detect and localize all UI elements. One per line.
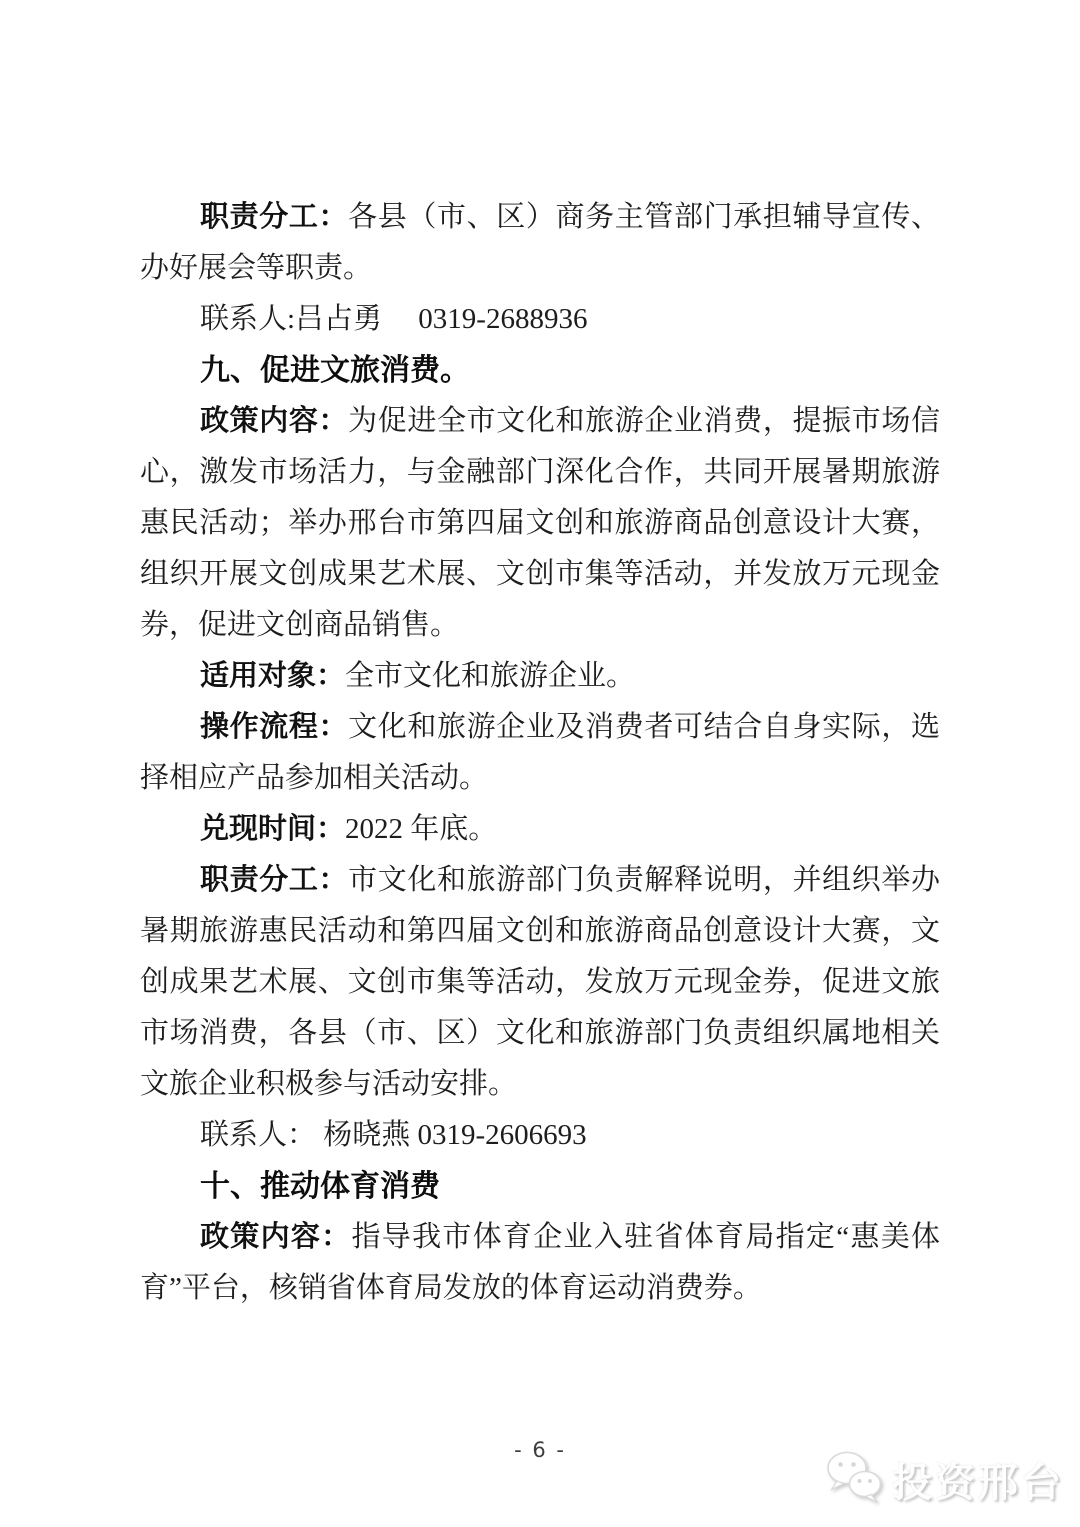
paragraph-applicable-target: 适用对象：全市文化和旅游企业。 bbox=[140, 651, 940, 702]
paragraph-label: 政策内容： bbox=[200, 405, 348, 437]
paragraph-duty-division-culture-tourism: 职责分工：市文化和旅游部门负责解释说明，并组织举办暑期旅游惠民活动和第四届文创和… bbox=[140, 855, 940, 1110]
paragraph-label: 职责分工： bbox=[200, 201, 348, 233]
section-heading-nine: 九、促进文旅消费。 bbox=[140, 345, 940, 396]
paragraph-duty-division-commerce: 职责分工：各县（市、区）商务主管部门承担辅导宣传、办好展会等职责。 bbox=[140, 192, 940, 294]
paragraph-text: 2022 年底。 bbox=[345, 813, 497, 845]
paragraph-text: 为促进全市文化和旅游企业消费，提振市场信心，激发市场活力，与金融部门深化合作，共… bbox=[140, 405, 940, 641]
section-heading-ten: 十、推动体育消费 bbox=[140, 1161, 940, 1212]
watermark-text: 投资邢台 bbox=[892, 1451, 1064, 1508]
paragraph-text: 联系人： 杨晓燕 0319-2606693 bbox=[200, 1119, 587, 1151]
paragraph-policy-content-sports: 政策内容：指导我市体育企业入驻省体育局指定“惠美体育”平台，核销省体育局发放的体… bbox=[140, 1212, 940, 1314]
paragraph-text: 联系人:吕占勇 0319-2688936 bbox=[200, 303, 587, 335]
paragraph-text: 全市文化和旅游企业。 bbox=[345, 660, 635, 692]
paragraph-label: 兑现时间： bbox=[200, 813, 345, 845]
watermark: 投资邢台 bbox=[826, 1450, 1064, 1509]
paragraph-policy-content-culture-tourism: 政策内容：为促进全市文化和旅游企业消费，提振市场信心，激发市场活力，与金融部门深… bbox=[140, 396, 940, 651]
paragraph-label: 操作流程： bbox=[200, 711, 348, 743]
paragraph-label: 职责分工： bbox=[200, 864, 348, 896]
paragraph-label: 政策内容： bbox=[200, 1221, 351, 1253]
paragraph-contact-yangxiaoyan: 联系人： 杨晓燕 0319-2606693 bbox=[140, 1110, 940, 1161]
paragraph-label: 适用对象： bbox=[200, 660, 345, 692]
document-page: 职责分工：各县（市、区）商务主管部门承担辅导宣传、办好展会等职责。 联系人:吕占… bbox=[0, 0, 1080, 1527]
paragraph-operation-process: 操作流程：文化和旅游企业及消费者可结合自身实际，选择相应产品参加相关活动。 bbox=[140, 702, 940, 804]
document-body: 职责分工：各县（市、区）商务主管部门承担辅导宣传、办好展会等职责。 联系人:吕占… bbox=[140, 192, 940, 1314]
paragraph-text: 市文化和旅游部门负责解释说明，并组织举办暑期旅游惠民活动和第四届文创和旅游商品创… bbox=[140, 864, 940, 1100]
wechat-icon bbox=[826, 1450, 884, 1509]
paragraph-contact-lvzhanyong: 联系人:吕占勇 0319-2688936 bbox=[140, 294, 940, 345]
paragraph-redemption-time: 兑现时间：2022 年底。 bbox=[140, 804, 940, 855]
